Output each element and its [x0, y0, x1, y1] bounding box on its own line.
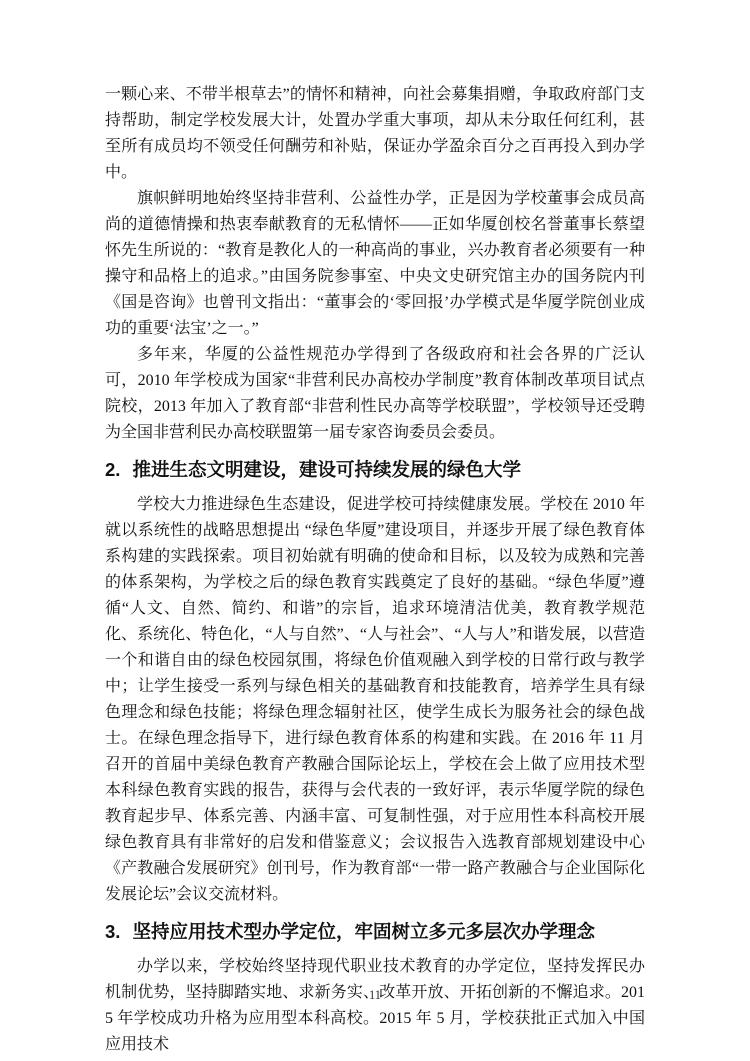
heading-number: 2. [105, 456, 120, 484]
document-page: 一颗心来、不带半根草去”的情怀和精神，向社会募集捐赠，争取政府部门支持帮助，制定… [0, 0, 750, 1061]
body-paragraph: 办学以来，学校始终坚持现代职业技术教育的办学定位，坚持发挥民办机制优势，坚持脚踏… [105, 954, 645, 1058]
body-paragraph: 多年来，华厦的公益性规范办学得到了各级政府和社会各界的广泛认可，2010 年学校… [105, 342, 645, 446]
section-heading-green-university: 2.推进生态文明建设，建设可持续发展的绿色大学 [105, 456, 645, 484]
body-paragraph: 学校大力推进绿色生态建设，促进学校可持续健康发展。学校在 2010 年就以系统性… [105, 492, 645, 908]
body-paragraph: 旗帜鲜明地始终坚持非营利、公益性办学，正是因为学校董事会成员高尚的道德情操和热衷… [105, 186, 645, 342]
body-paragraph: 一颗心来、不带半根草去”的情怀和精神，向社会募集捐赠，争取政府部门支持帮助，制定… [105, 82, 645, 186]
heading-text: 坚持应用技术型办学定位，牢固树立多元多层次办学理念 [132, 921, 595, 942]
page-number: 11 [0, 988, 750, 1003]
section-heading-applied-technology: 3.坚持应用技术型办学定位，牢固树立多元多层次办学理念 [105, 918, 645, 946]
document-body: 一颗心来、不带半根草去”的情怀和精神，向社会募集捐赠，争取政府部门支持帮助，制定… [105, 82, 645, 1058]
heading-text: 推进生态文明建设，建设可持续发展的绿色大学 [132, 459, 521, 480]
heading-number: 3. [105, 918, 120, 946]
